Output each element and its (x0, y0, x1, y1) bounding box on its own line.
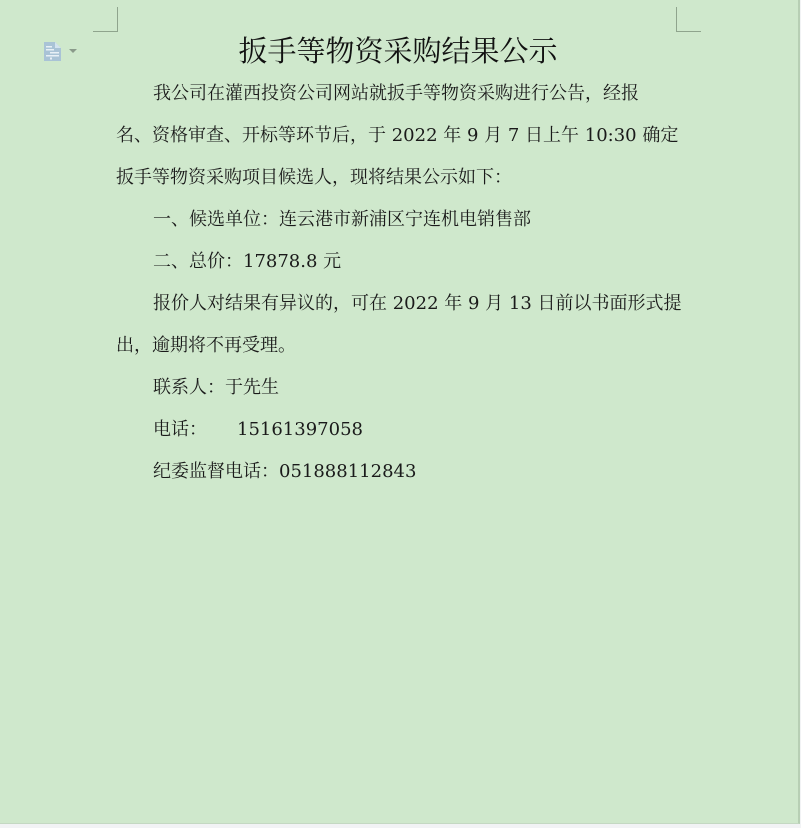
supervision-value: 051888112843 (279, 461, 416, 482)
total-price: 二、总价：17878.8 元 (116, 241, 682, 283)
objection-line-2: 出，逾期将不再受理。 (116, 325, 682, 367)
intro-line-2: 名、资格审查、开标等环节后，于 2022 年 9 月 7 日上午 10:30 确… (116, 115, 682, 157)
phone-value: 15161397058 (237, 419, 363, 440)
phone-label: 电话： (153, 419, 207, 440)
page-title: 扳手等物资采购结果公示 (0, 33, 796, 69)
document-page[interactable]: 扳手等物资采购结果公示 我公司在灌西投资公司网站就扳手等物资采购进行公告，经报 … (0, 0, 800, 824)
contact-phone: 电话：15161397058 (116, 409, 682, 451)
intro-line-1: 我公司在灌西投资公司网站就扳手等物资采购进行公告，经报 (116, 73, 682, 115)
document-body: 我公司在灌西投资公司网站就扳手等物资采购进行公告，经报 名、资格审查、开标等环节… (116, 73, 682, 493)
margin-corner-top-left (93, 7, 118, 32)
contact-name: 于先生 (225, 377, 279, 398)
contact-label: 联系人： (153, 377, 225, 398)
supervision-label: 纪委监督电话： (153, 461, 279, 482)
intro-line-3: 扳手等物资采购项目候选人，现将结果公示如下： (116, 157, 682, 199)
margin-corner-top-right (676, 7, 701, 32)
candidate-unit: 一、候选单位：连云港市新浦区宁连机电销售部 (116, 199, 682, 241)
contact-person: 联系人：于先生 (116, 367, 682, 409)
supervision-phone: 纪委监督电话：051888112843 (116, 451, 682, 493)
objection-line-1: 报价人对结果有异议的，可在 2022 年 9 月 13 日前以书面形式提 (116, 283, 682, 325)
